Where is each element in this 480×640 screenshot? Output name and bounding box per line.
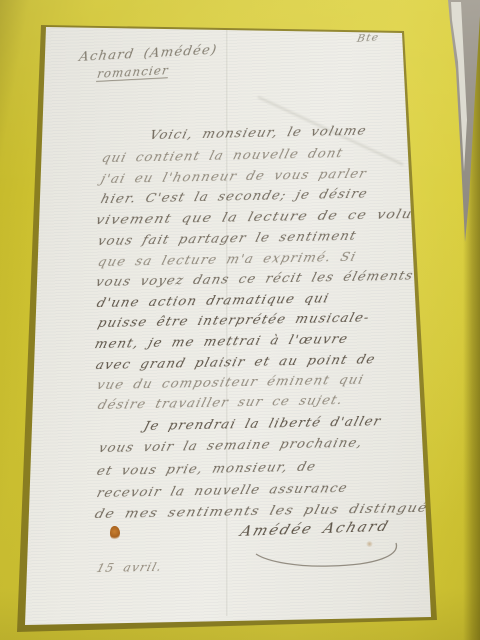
signature: Amédée Achard	[238, 519, 392, 540]
letter-line: et vous prie, monsieur, de	[95, 459, 318, 479]
letter-line: désire travailler sur ce sujet.	[96, 393, 345, 413]
foxing-spot	[110, 526, 120, 540]
letter-line: vivement que la lecture de ce volume	[94, 206, 439, 228]
letter-line: d'une action dramatique qui	[95, 291, 331, 311]
letter-line: Voici, monsieur, le volume	[148, 123, 368, 143]
signature-flourish	[250, 541, 400, 569]
letter-line: j'ai eu l'honneur de vous parler	[99, 166, 369, 187]
letter-line: vous voyez dans ce récit les éléments	[94, 268, 415, 290]
archival-note-name: Achard (Amédée)	[78, 43, 218, 65]
letter-line: vue du compositeur éminent qui	[95, 372, 366, 393]
letter-line: recevoir la nouvelle assurance	[95, 481, 350, 501]
letter-line: Je prendrai la liberté d'aller	[142, 414, 383, 434]
letter-line: ment, je me mettrai à l'œuvre	[93, 332, 350, 352]
letter-line: que sa lecture m'a exprimé. Si	[96, 250, 358, 270]
letter-line: hier. C'est la seconde; je désire	[99, 186, 370, 207]
archival-note-role: romancier	[96, 63, 170, 82]
letter-line: puisse être interprétée musicale-	[96, 310, 372, 331]
letter-line: vous voir la semaine prochaine,	[97, 436, 365, 456]
letter-line: qui contient la nouvelle dont	[100, 146, 345, 166]
collection-corner-mark: Bte	[356, 32, 380, 45]
letter-line: vous fait partager le sentiment	[96, 229, 358, 249]
letter-line: avec grand plaisir et au point de	[94, 352, 377, 373]
date-line: 15 avril.	[95, 560, 164, 575]
